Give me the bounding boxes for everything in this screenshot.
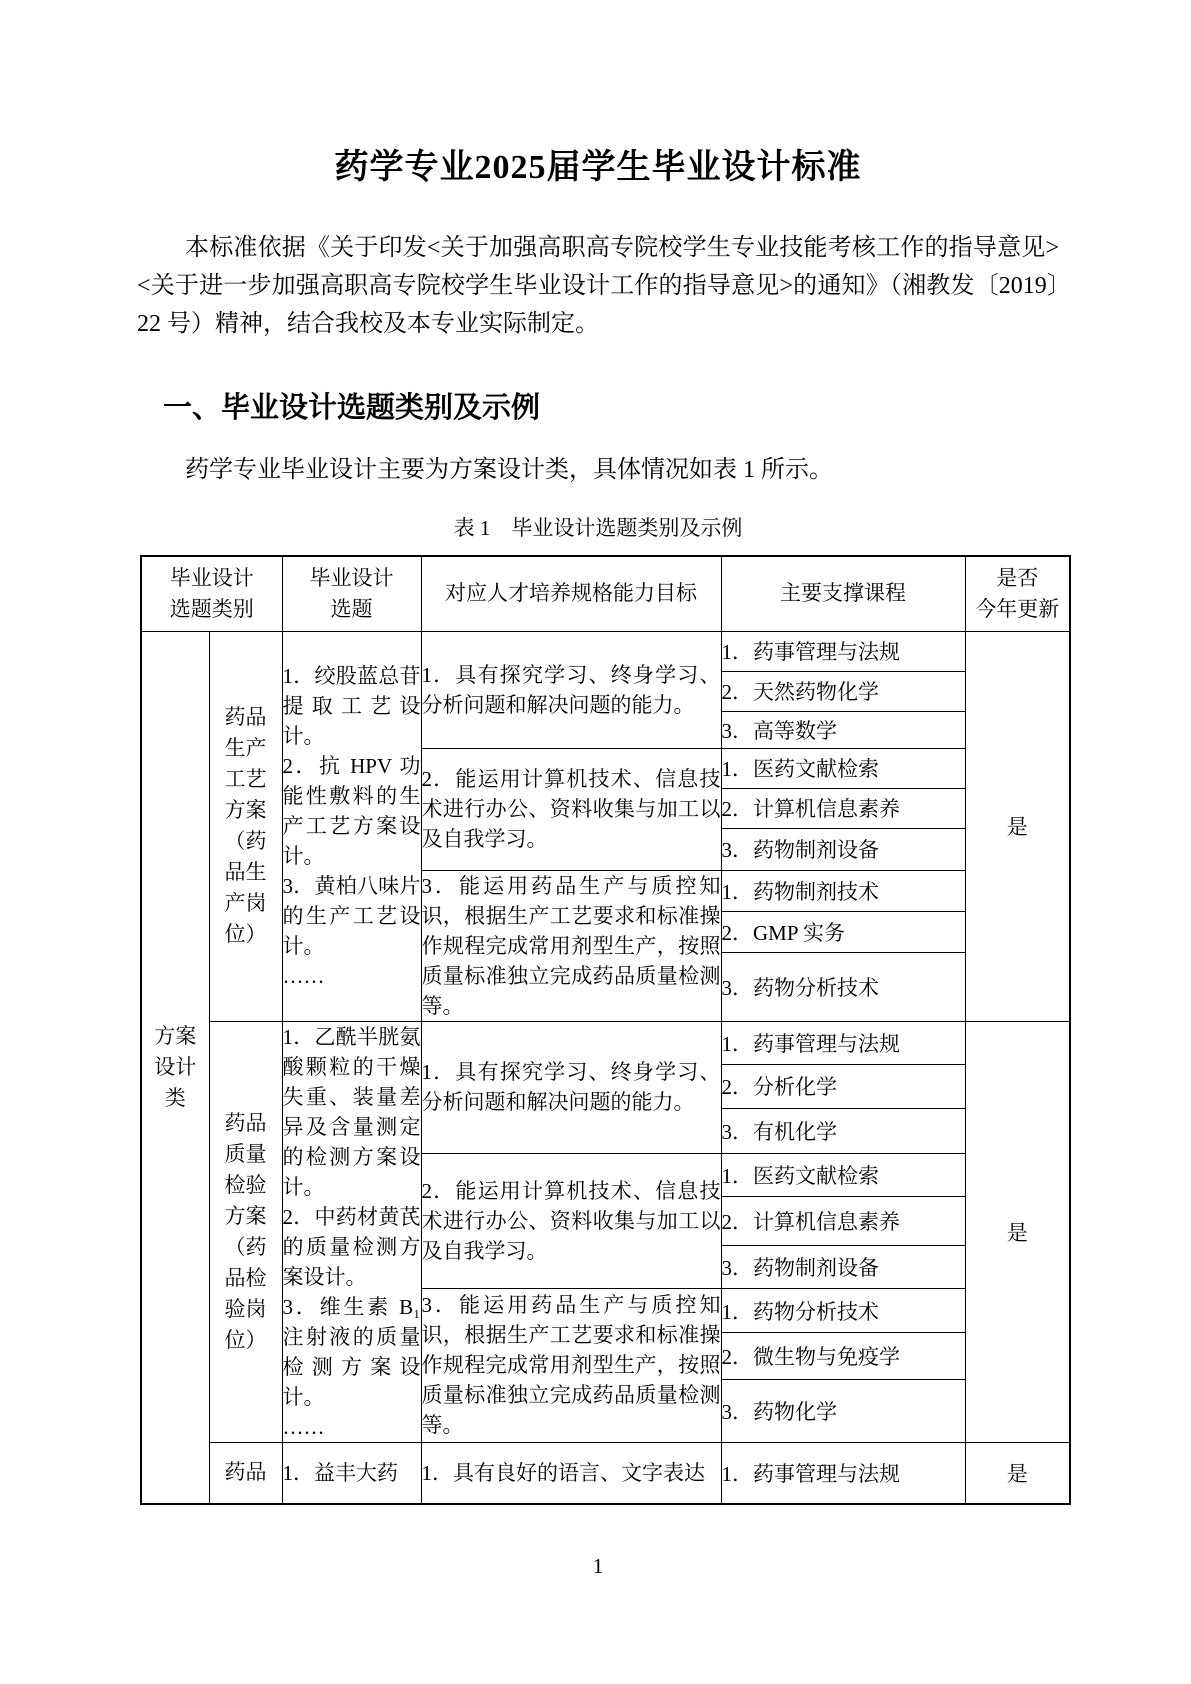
group-name-cell: 药品 质量 检验 方案 （药 品检 验岗 位） bbox=[209, 1021, 282, 1442]
course-cell: 2．计算机信息素养 bbox=[721, 788, 965, 828]
ability-goal-cell: 1．具有探究学习、终身学习、分析问题和解决问题的能力。 bbox=[421, 631, 721, 748]
column-header-ability: 对应人才培养规格能力目标 bbox=[421, 556, 721, 631]
course-cell: 3．高等数学 bbox=[721, 711, 965, 748]
course-cell: 1．药事管理与法规 bbox=[721, 631, 965, 671]
column-header-topic: 毕业设计 选题 bbox=[282, 556, 421, 631]
topic-category-table: 毕业设计 选题类别 毕业设计 选题 对应人才培养规格能力目标 主要支撑课程 是否… bbox=[140, 555, 1071, 1505]
section-heading: 一、毕业设计选题类别及示例 bbox=[163, 387, 1059, 429]
course-cell: 2．计算机信息素养 bbox=[721, 1197, 965, 1246]
column-header-updated: 是否 今年更新 bbox=[965, 556, 1070, 631]
course-cell: 1．医药文献检索 bbox=[721, 748, 965, 788]
ability-goal-cell: 2．能运用计算机技术、信息技术进行办公、资料收集与加工以及自我学习。 bbox=[421, 1153, 721, 1289]
course-cell: 3．有机化学 bbox=[721, 1108, 965, 1153]
topics-cell: 1．绞股蓝总苷提取工艺设计。 2．抗 HPV 功能性敷料的生产工艺方案设计。 3… bbox=[282, 631, 421, 1021]
updated-cell: 是 bbox=[965, 631, 1070, 1021]
column-header-category: 毕业设计 选题类别 bbox=[141, 556, 282, 631]
course-cell: 3．药物化学 bbox=[721, 1380, 965, 1443]
ability-goal-cell: 3．能运用药品生产与质控知识，根据生产工艺要求和标准操作规程完成常用剂型生产，按… bbox=[421, 1289, 721, 1443]
course-cell: 1．药物制剂技术 bbox=[721, 870, 965, 911]
page-title: 药学专业2025届学生毕业设计标准 bbox=[137, 145, 1059, 191]
document-page: 药学专业2025届学生毕业设计标准 本标准依据《关于印发<关于加强高职高专院校学… bbox=[0, 0, 1191, 1684]
table-caption: 表 1 毕业设计选题类别及示例 bbox=[137, 513, 1059, 543]
column-header-courses: 主要支撑课程 bbox=[721, 556, 965, 631]
table-row: 药品 质量 检验 方案 （药 品检 验岗 位） 1．乙酰半胱氨酸颗粒的干燥失重、… bbox=[141, 1021, 1070, 1064]
course-cell: 3．药物制剂设备 bbox=[721, 828, 965, 870]
table-row: 方案 设计 类 药品 生产 工艺 方案 （药 品生 产岗 位） 1．绞股蓝总苷提… bbox=[141, 631, 1070, 671]
course-cell: 2．天然药物化学 bbox=[721, 671, 965, 711]
page-number: 1 bbox=[137, 1551, 1059, 1581]
course-cell: 2．GMP 实务 bbox=[721, 911, 965, 952]
table-header-row: 毕业设计 选题类别 毕业设计 选题 对应人才培养规格能力目标 主要支撑课程 是否… bbox=[141, 556, 1070, 631]
group-name-cell: 药品 bbox=[209, 1442, 282, 1504]
section-intro-paragraph: 药学专业毕业设计主要为方案设计类，具体情况如表 1 所示。 bbox=[137, 451, 1059, 489]
course-cell: 3．药物分析技术 bbox=[721, 953, 965, 1021]
group-name-cell: 药品 生产 工艺 方案 （药 品生 产岗 位） bbox=[209, 631, 282, 1021]
course-cell: 1．药事管理与法规 bbox=[721, 1021, 965, 1064]
topics-cell: 1．益丰大药 bbox=[282, 1442, 421, 1504]
table-row-truncated: 药品 1．益丰大药 1．具有良好的语言、文字表达 1．药事管理与法规 是 bbox=[141, 1442, 1070, 1504]
category-cell: 方案 设计 类 bbox=[141, 631, 209, 1504]
course-cell: 1．药事管理与法规 bbox=[721, 1442, 965, 1504]
ability-goal-cell: 3．能运用药品生产与质控知识，根据生产工艺要求和标准操作规程完成常用剂型生产，按… bbox=[421, 870, 721, 1021]
course-cell: 3．药物制剂设备 bbox=[721, 1246, 965, 1289]
course-cell: 1．药物分析技术 bbox=[721, 1289, 965, 1333]
updated-cell: 是 bbox=[965, 1021, 1070, 1442]
ability-goal-cell: 2．能运用计算机技术、信息技术进行办公、资料收集与加工以及自我学习。 bbox=[421, 748, 721, 870]
ability-goal-cell: 1．具有探究学习、终身学习、分析问题和解决问题的能力。 bbox=[421, 1021, 721, 1153]
course-cell: 2．微生物与免疫学 bbox=[721, 1333, 965, 1380]
document-content: 药学专业2025届学生毕业设计标准 本标准依据《关于印发<关于加强高职高专院校学… bbox=[137, 145, 1059, 1581]
course-cell: 1．医药文献检索 bbox=[721, 1153, 965, 1197]
updated-cell: 是 bbox=[965, 1442, 1070, 1504]
course-cell: 2．分析化学 bbox=[721, 1064, 965, 1108]
intro-paragraph: 本标准依据《关于印发<关于加强高职高专院校学生专业技能考核工作的指导意见><关于… bbox=[137, 229, 1059, 343]
ability-goal-cell: 1．具有良好的语言、文字表达 bbox=[421, 1442, 721, 1504]
topics-cell: 1．乙酰半胱氨酸颗粒的干燥失重、装量差异及含量测定的检测方案设计。 2．中药材黄… bbox=[282, 1021, 421, 1442]
